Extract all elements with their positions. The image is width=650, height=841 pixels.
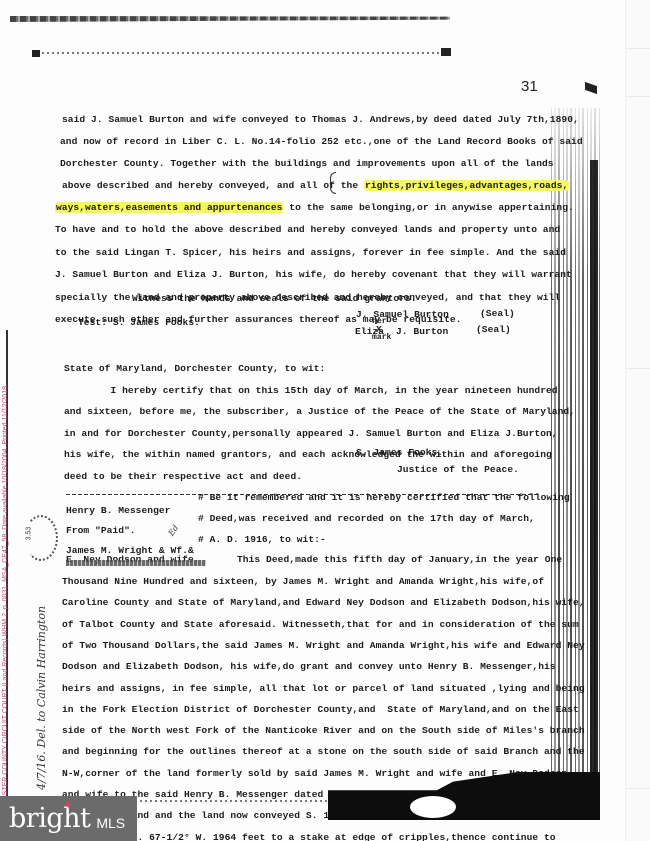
document-line: J. Samuel Burton and Eliza J. Burton, hi…	[55, 270, 572, 280]
handwritten-margin-note: 4/7/16. Del. to Calvin Harrington	[35, 606, 48, 790]
justice-name: S. James Fooks.	[356, 448, 443, 458]
document-line: I hereby certify that on this 15th day o…	[64, 386, 558, 396]
handwritten-ed: Ed	[167, 523, 181, 537]
scan-artifact-tick	[585, 82, 597, 94]
scan-artifact-black-blob	[328, 772, 600, 820]
scan-artifact-corner	[32, 50, 40, 57]
document-line: to the said Lingan T. Spicer, his heirs …	[55, 248, 566, 258]
document-line: Dodson and Elizabeth Dodson, his wife,do…	[62, 662, 556, 672]
scan-artifact-right-edge-dark	[590, 160, 598, 800]
seal-2: (Seal)	[476, 325, 511, 335]
page-number: 31	[521, 78, 538, 95]
document-line: heirs and assigns, in fee simple, all th…	[62, 684, 585, 694]
scan-artifact-dotted-line	[32, 52, 452, 54]
scan-artifact-dotted-line	[140, 800, 340, 802]
document-line: To have and to hold the above described …	[55, 225, 560, 235]
document-line: in and for Dorchester County,personally …	[64, 429, 558, 439]
document-line: # Deed,was received and recorded on the …	[198, 514, 535, 524]
document-line: Caroline County and State of Maryland,an…	[62, 598, 585, 608]
scan-artifact-corner	[441, 48, 451, 56]
court-record-stamp: ESTER COUNTY CIRCUIT COURT (Land Records…	[2, 384, 9, 800]
document-line: Henry B. Messenger	[66, 506, 171, 516]
document-line: and now of record in Liber C. L. No.14-f…	[60, 137, 583, 147]
document-line: Thousand Nine Hundred and sixteen, by Ja…	[62, 577, 544, 587]
document-line: # Be it remembered and it is hereby cert…	[198, 493, 570, 503]
document-line: above described and hereby conveyed, and…	[62, 181, 569, 191]
pen-bracket	[330, 172, 336, 194]
document-line: said J. Samuel Burton and wife conveyed …	[62, 115, 579, 125]
document-line: side of the North west Fork of the Nanti…	[62, 726, 585, 736]
document-line: and sixteen, before me, the subscriber, …	[64, 407, 575, 417]
struck-underline	[66, 560, 206, 566]
document-line: # A. D. 1916, to wit:-	[198, 535, 326, 545]
document-line: of Two Thousand Dollars,the said James M…	[62, 641, 585, 651]
test-line: Test: S. James Fooks.	[78, 318, 200, 328]
mark-label: mark	[372, 334, 391, 342]
deed-first-line: This Deed,made this fifth day of January…	[237, 555, 562, 565]
scan-artifact-top-bar	[10, 16, 450, 22]
bright-mls-watermark: bright ✦ MLS	[0, 796, 137, 841]
spark-icon: ✦	[63, 798, 73, 812]
right-scan-panel	[625, 0, 650, 841]
highlighted-text: rights,privileges,advantages,roads,	[364, 180, 569, 191]
document-line: his wife, the within named grantors, and…	[64, 450, 552, 460]
document-line: and beginning for the outlines thereof a…	[62, 747, 585, 757]
brand-suffix: MLS	[96, 815, 125, 831]
document-line: State of Maryland, Dorchester County, to…	[64, 364, 325, 374]
signature-1: J. Samuel Burton	[356, 310, 449, 320]
highlighted-text: ways,waters,easements and appurtenances	[55, 202, 283, 213]
scan-artifact-spot	[410, 796, 456, 818]
justice-title: Justice of the Peace.	[397, 465, 519, 475]
witness-line: Witness the hands and seals of the said …	[132, 294, 417, 304]
document-line: Dorchester County. Together with the bui…	[60, 159, 554, 169]
document-line: of Talbot County and State aforesaid. Wi…	[62, 620, 579, 630]
seal-stamp-text: 3.53	[25, 527, 32, 541]
document-line: From "Paid".	[66, 526, 136, 536]
signature-2-last: J. Burton	[396, 327, 448, 337]
scanned-document-page: 31 said J. Samuel Burton and wife convey…	[0, 0, 650, 841]
seal-1: (Seal)	[480, 309, 515, 319]
brand-word: bright	[9, 803, 90, 834]
document-line: deed to be their respective act and deed…	[64, 472, 302, 482]
document-line: ways,waters,easements and appurtenances …	[55, 203, 574, 213]
document-line: in the Fork Election District of Dorches…	[62, 705, 579, 715]
